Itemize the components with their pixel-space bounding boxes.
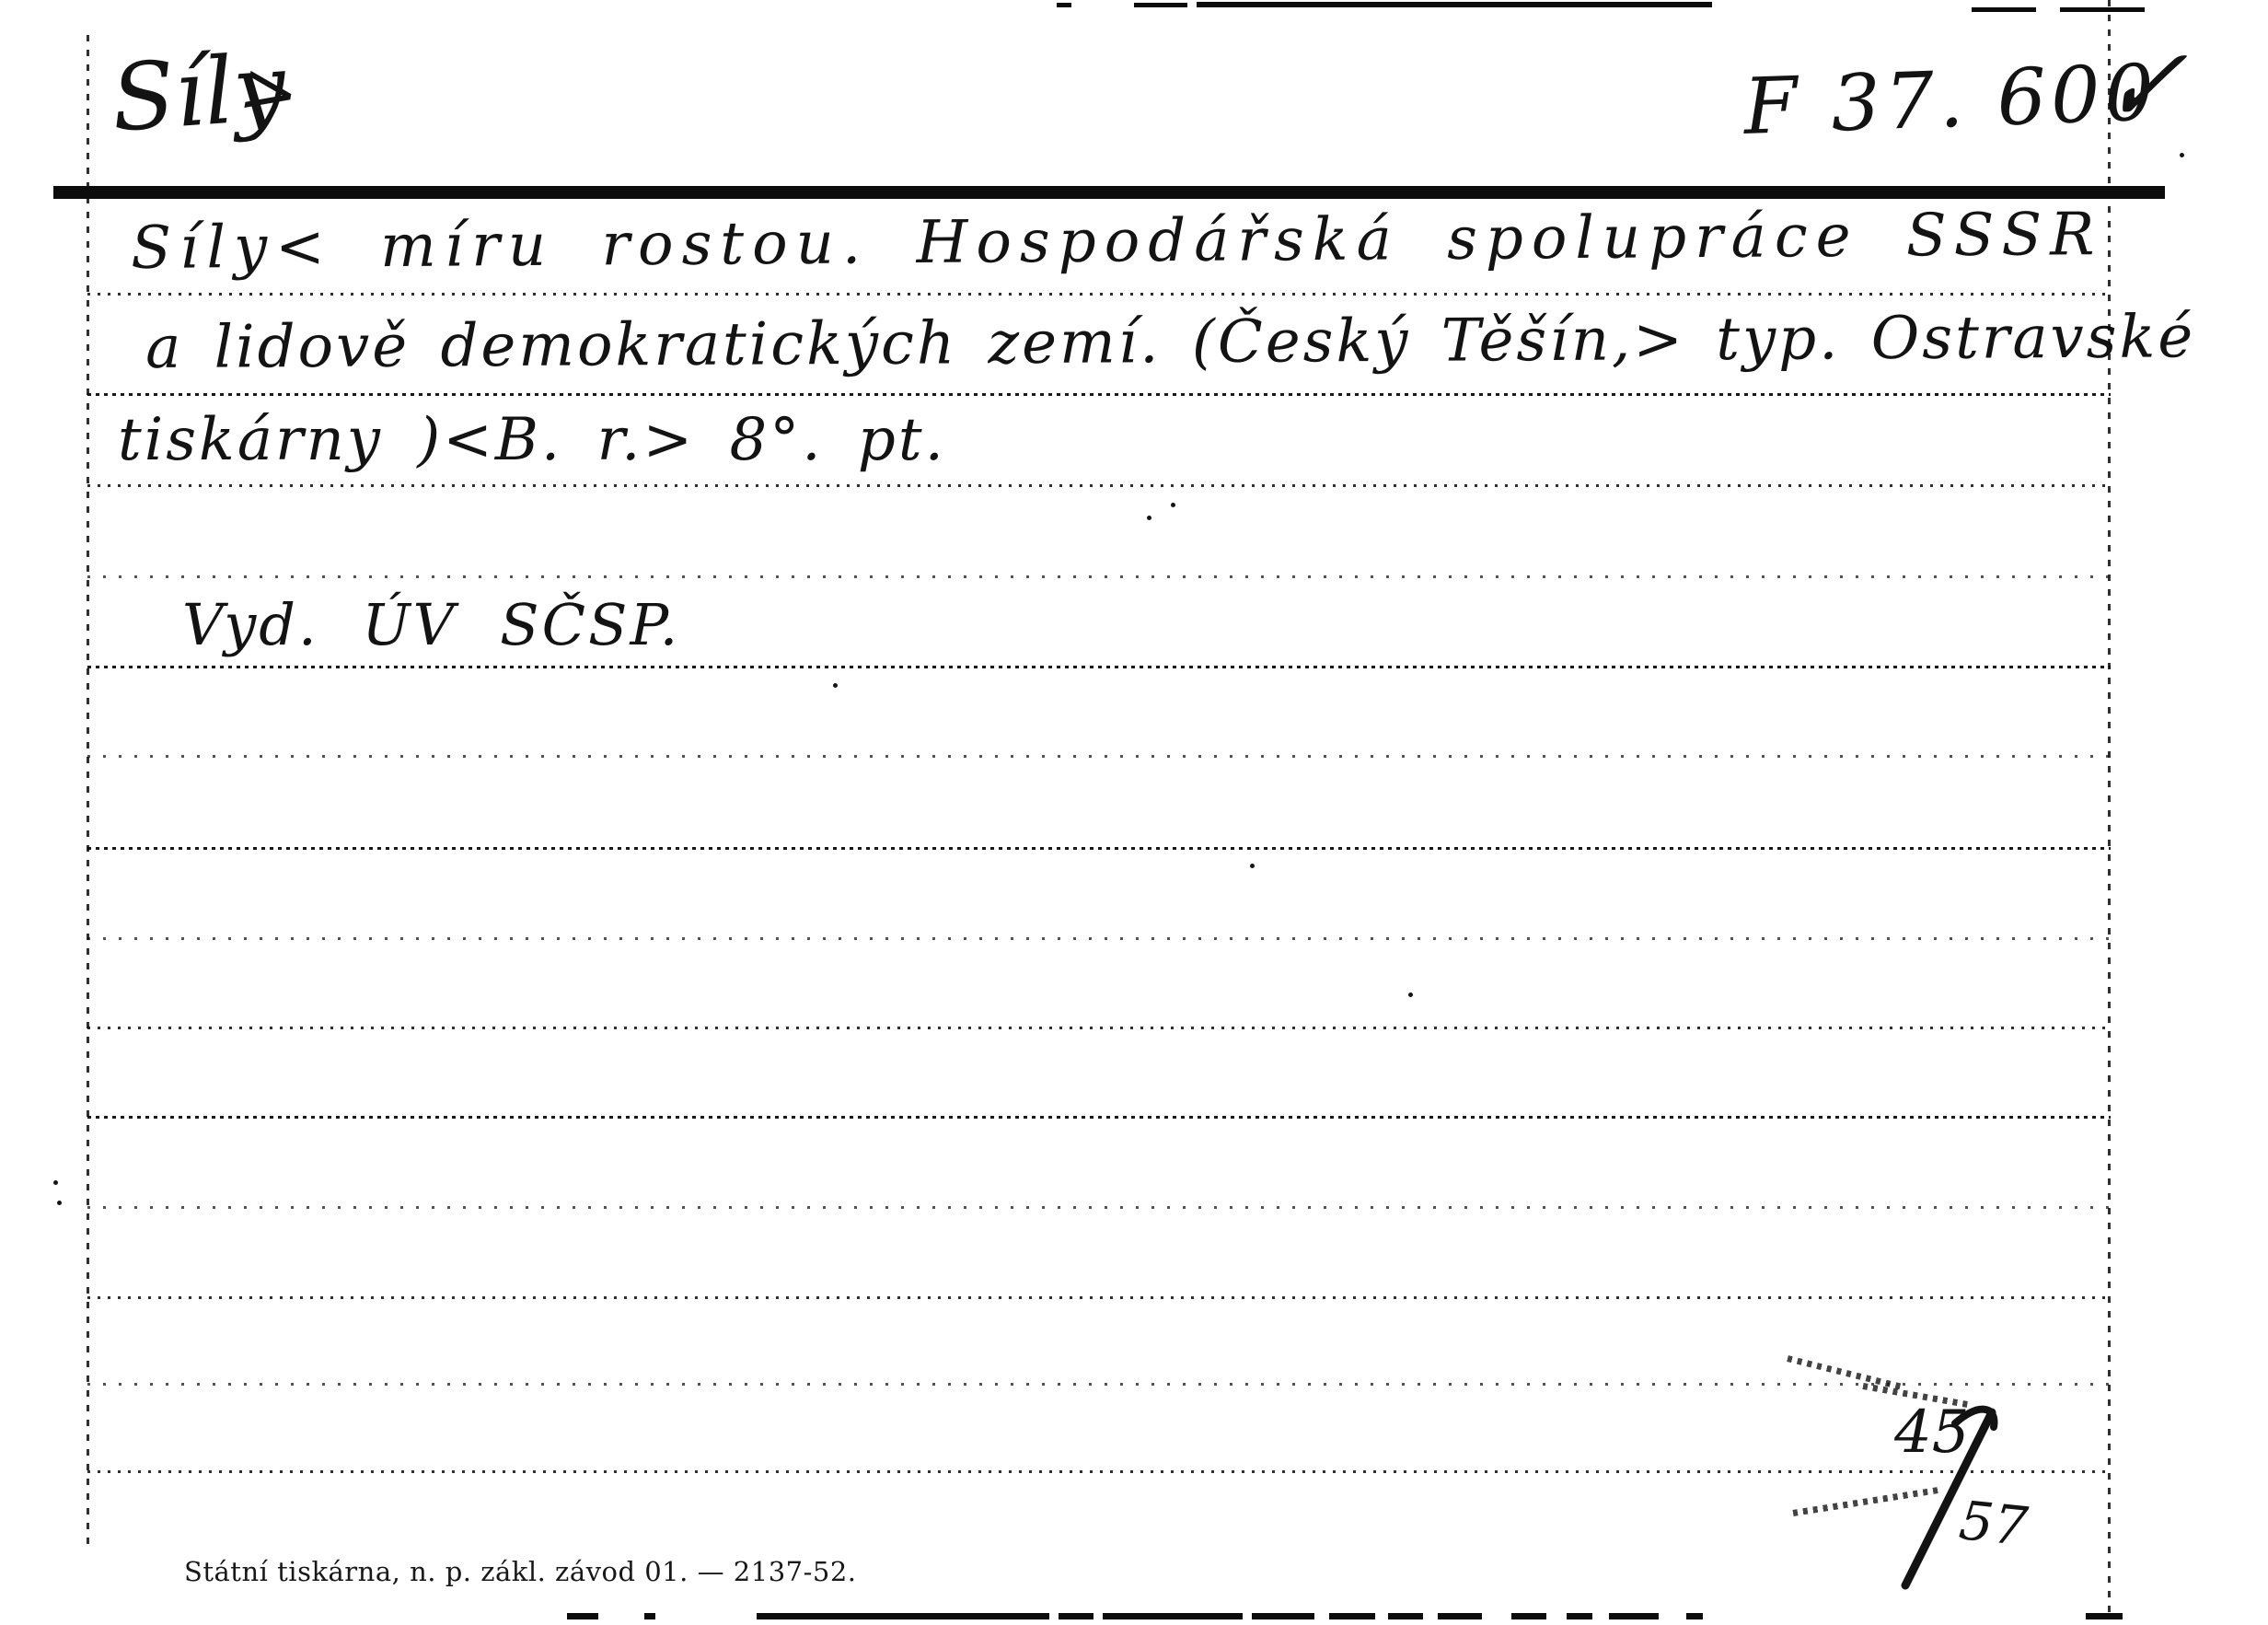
ruled-line [87, 1206, 2111, 1209]
insert-mark: > [235, 52, 305, 131]
ink-speck [57, 1201, 62, 1205]
ruled-line [87, 1027, 2111, 1029]
card-edge-mark [567, 1613, 598, 1619]
card-edge-mark [2086, 1613, 2123, 1619]
card-edge-mark [757, 1613, 1049, 1619]
ink-speck [1171, 503, 1175, 507]
left-margin-line [87, 35, 89, 1545]
right-margin-line [2108, 0, 2111, 1619]
card-edge-mark [1252, 1613, 1314, 1619]
ruled-line [87, 1116, 2111, 1119]
ink-speck [1147, 516, 1151, 520]
card-edge-mark [2060, 7, 2145, 12]
card-edge-mark [1388, 1613, 1423, 1619]
ruled-line [87, 937, 2111, 940]
ink-speck [833, 683, 838, 688]
ruled-line [87, 393, 2111, 396]
ruled-line [87, 1383, 2111, 1386]
ink-speck [1408, 992, 1413, 997]
ink-speck [53, 1180, 58, 1185]
card-edge-mark [1103, 1613, 1243, 1619]
ruled-line [87, 1470, 2111, 1473]
ink-speck [2180, 153, 2184, 157]
catalog-card: Síly > F 37. 600 ✓ Síly< míru rostou. Ho… [0, 0, 2268, 1625]
card-edge-mark [1609, 1613, 1659, 1619]
annotation-numerator: 45 [1894, 1403, 1969, 1462]
card-edge-mark [1567, 1613, 1592, 1619]
ruled-line [87, 575, 2111, 578]
annotation-denominator: 57 [1957, 1493, 2030, 1553]
ruled-line [87, 755, 2111, 758]
card-edge-mark [1511, 1613, 1546, 1619]
entry-line-1: Síly< míru rostou. Hospodářská spoluprác… [131, 205, 2103, 278]
ruled-line [87, 484, 2111, 487]
card-edge-mark [1438, 1613, 1482, 1619]
card-edge-mark [1686, 1613, 1703, 1619]
ink-speck [1250, 864, 1255, 868]
card-edge-mark [1057, 3, 1071, 7]
card-edge-mark [1972, 7, 2036, 12]
ruled-line [87, 666, 2111, 668]
card-edge-mark [1197, 2, 1712, 7]
entry-line-2: a lidově demokratických zemí. (Český Těš… [145, 308, 2195, 377]
ruled-line [87, 847, 2111, 850]
ruled-line [87, 1296, 2111, 1299]
imprint-line: Státní tiskárna, n. p. zákl. závod 01. —… [184, 1556, 857, 1587]
thick-divider-rule [53, 186, 2165, 199]
entry-line-3: tiskárny )<B. r.> 8°. pt. [118, 411, 946, 470]
ruled-line [87, 293, 2111, 296]
card-edge-mark [1059, 1613, 1093, 1619]
publisher-line: Vyd. ÚV SČSP. [182, 597, 680, 654]
card-edge-mark [1329, 1613, 1375, 1619]
card-edge-mark [1134, 3, 1187, 7]
card-edge-mark [644, 1613, 655, 1619]
